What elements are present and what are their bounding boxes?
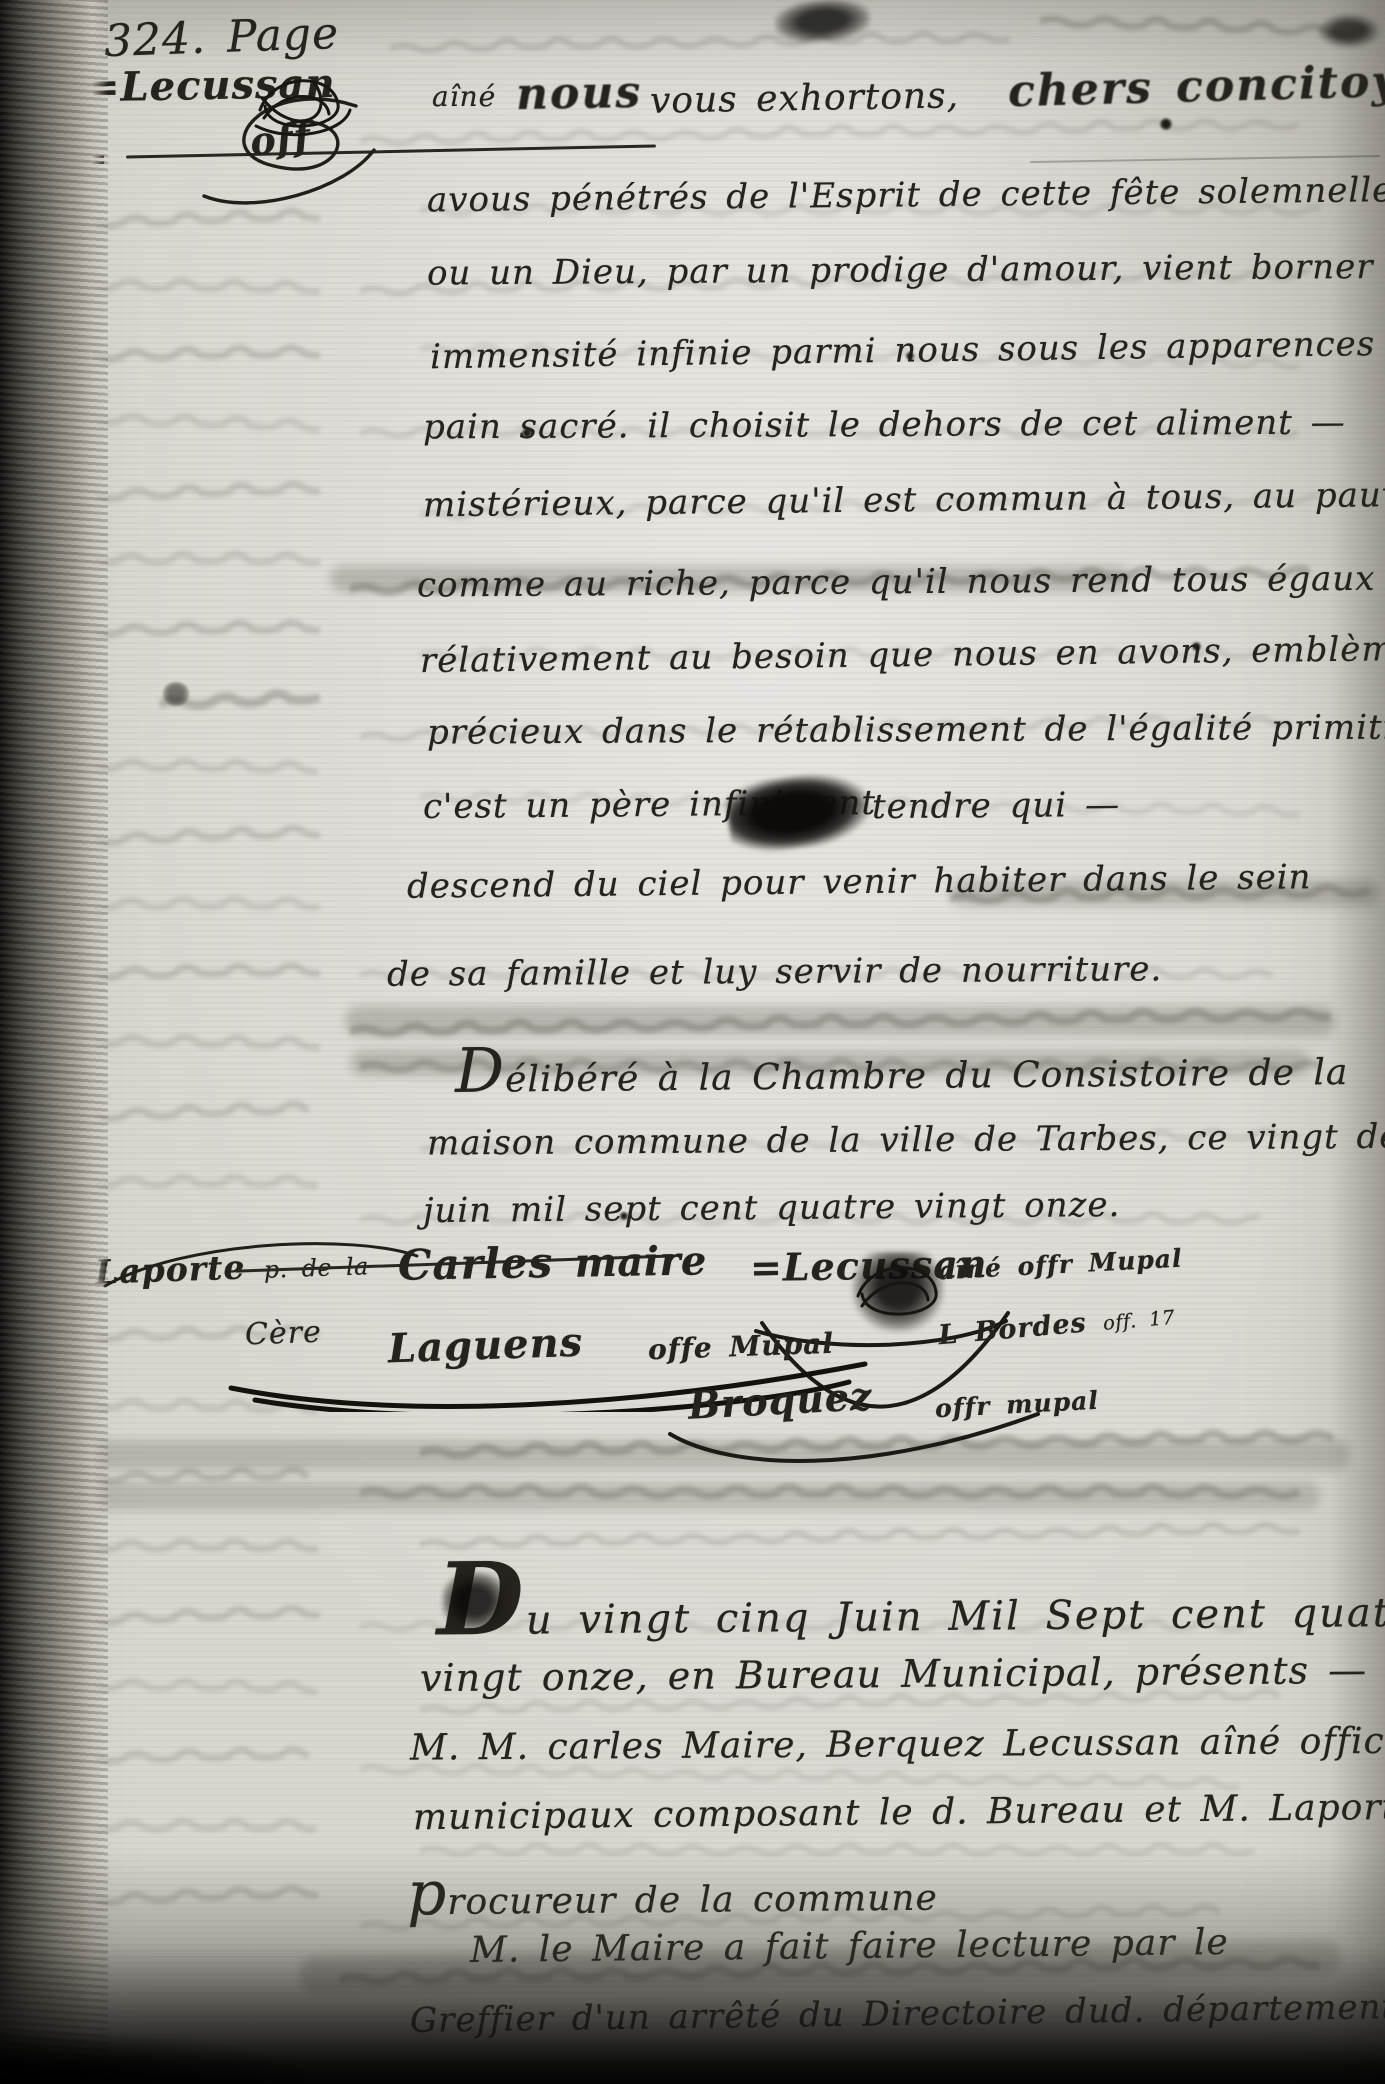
manuscript-line: comme au riche, parce qu'il nous rend to… — [417, 558, 1385, 605]
manuscript-line: tendre qui — — [872, 785, 1120, 827]
deliberation-line: juin mil sept cent quatre vingt onze. — [423, 1185, 1121, 1231]
margin-underline — [126, 144, 656, 158]
ink-speck — [620, 1212, 628, 1220]
signature-laguens-title: offe Mupal — [647, 1327, 834, 1366]
signature-carles: Carles maire — [398, 1235, 708, 1289]
manuscript-line: avous pénétrés de l'Esprit de cette fête… — [427, 170, 1385, 221]
manuscript-line: de sa famille et luy servir de nourritur… — [387, 949, 1163, 994]
ink-stain — [162, 682, 190, 706]
page-number-value: 324. — [103, 13, 207, 68]
book-binding-edge — [0, 0, 108, 2084]
ink-speck — [522, 428, 532, 438]
signature-bordes: L Bordes off. 17 — [937, 1300, 1176, 1352]
deliberation-line: Délibéré à la Chambre du Consistoire de … — [455, 1028, 1349, 1107]
manuscript-line: immensité infinie parmi nous sous les ap… — [430, 323, 1385, 378]
signature-laguens: Laguens — [387, 1319, 584, 1373]
signature-broquez: Broquez — [687, 1373, 874, 1428]
margin-signer-name: =Lecussan — [86, 60, 336, 111]
ink-smear — [90, 1482, 1320, 1510]
manuscript-page: 324. Page =Lecussan aîné = off nous vous… — [0, 0, 1385, 2084]
signature-title: off. 17 — [1102, 1306, 1176, 1335]
manuscript-line: mistérieux, parce qu'il est commun à tou… — [423, 475, 1385, 526]
exhortation-opening-rest: vous exhortons, — [650, 75, 960, 121]
manuscript-line: précieux dans le rétablissement de l'éga… — [427, 707, 1385, 752]
ink-speck — [1192, 642, 1201, 651]
entry2-line: Greffier d'un arrêté du Directoire dud. … — [410, 1987, 1385, 2041]
bleed-through-writing — [72, 1094, 319, 1133]
bleed-through-writing — [72, 1740, 318, 1774]
ink-speck — [906, 352, 914, 360]
entry2-line: municipaux composant le d. Bureau et M. … — [413, 1787, 1385, 1839]
ink-smudge-top-right — [1318, 14, 1380, 48]
manuscript-line: pain sacré. il choisit le dehors de cet … — [423, 403, 1346, 448]
manuscript-line: c'est un père infiniment — [423, 783, 876, 827]
page-word: Page — [226, 8, 340, 63]
signature-name: L Bordes — [937, 1307, 1088, 1351]
signature-name: Carles — [398, 1238, 554, 1290]
entry2-line: procureur de la commune — [407, 1854, 938, 1930]
entry2-line: M. le Maire a fait faire lecture par le — [470, 1922, 1229, 1971]
margin-name-text: Lecussan — [120, 60, 336, 111]
signature-cere: Cère — [244, 1315, 322, 1353]
bleed-through-writing — [72, 818, 321, 857]
signature-title: maire — [574, 1238, 707, 1286]
bleed-through-writing — [72, 474, 321, 513]
entry2-line: vingt onze, en Bureau Municipal, présent… — [420, 1648, 1367, 1700]
manuscript-line: rélativement au besoin que nous en avons… — [420, 629, 1385, 681]
faint-rule-line — [1030, 155, 1380, 163]
page-number: 324. Page — [103, 8, 340, 67]
exhortation-opening-word: nous — [516, 67, 643, 120]
ink-smudge-top — [773, 0, 871, 46]
deliberation-line: maison commune de la ville de Tarbes, ce… — [427, 1116, 1385, 1163]
entry2-line: Du vingt cinq Juin Mil Sept cent quatre — [437, 1556, 1385, 1645]
manuscript-line: ou un Dieu, par un prodige d'amour, vien… — [427, 246, 1385, 293]
margin-abbr-off: off — [248, 113, 313, 164]
ink-smear — [60, 1440, 1350, 1470]
ink-speck — [1160, 118, 1172, 130]
bleed-through-writing — [390, 23, 1010, 64]
entry2-line: M. M. carles Maire, Berquez Lecussan aîn… — [410, 1720, 1385, 1768]
margin-signer-suffix: aîné — [432, 80, 496, 113]
bleed-through-writing — [420, 1514, 1300, 1559]
signature-broquez-title: offr mupal — [934, 1386, 1099, 1424]
bleed-through-writing — [1040, 6, 1371, 47]
signature-name: Laporte — [94, 1248, 246, 1292]
exhortation-opening-emphasis: chers concitoyens — [1007, 54, 1385, 118]
